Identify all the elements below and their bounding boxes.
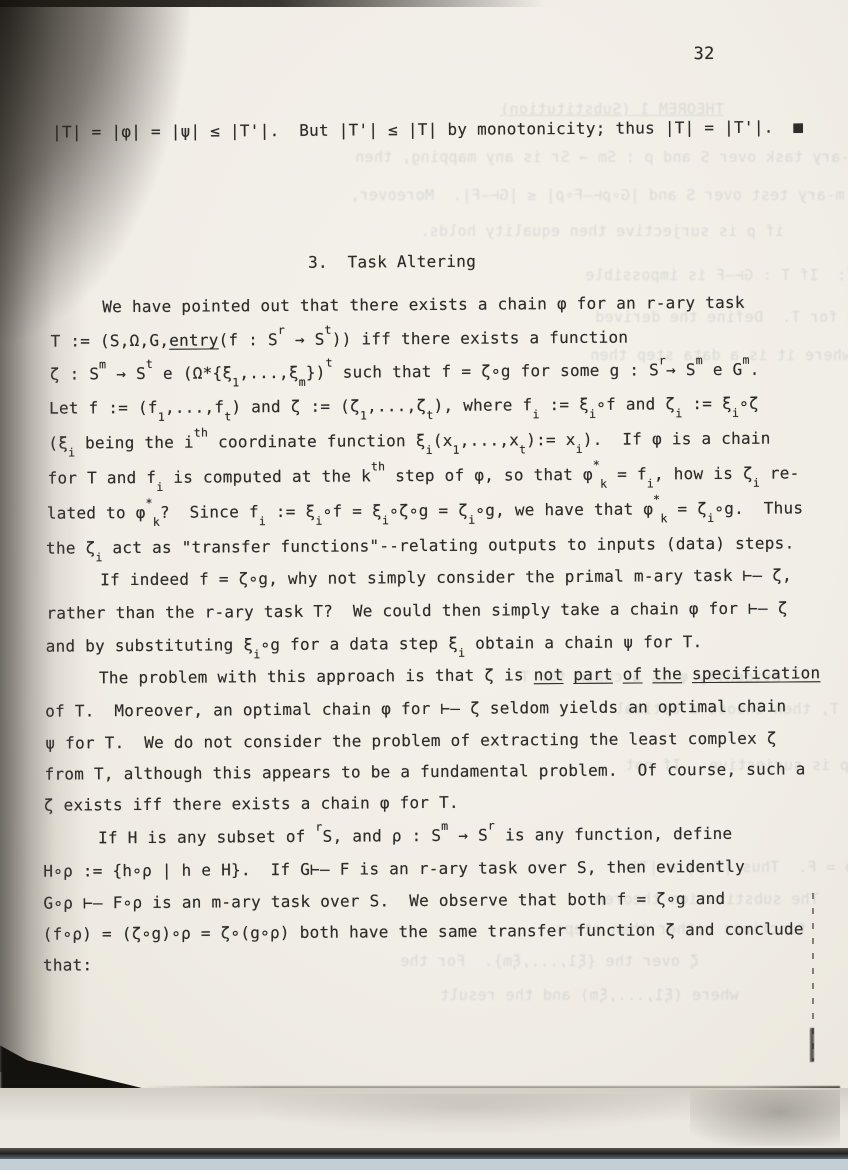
scan-bottom-dark-band	[0, 1148, 848, 1159]
text-line: We have pointed out that there exists a …	[102, 293, 745, 316]
text-line: the ζi act as "transfer functions"--rela…	[46, 533, 795, 557]
text-line: If indeed f = ζ∘g, why not simply consid…	[100, 565, 792, 589]
text-line: Let f := (f1,...,ft) and ζ := (ζ1,...,ζt…	[49, 394, 759, 418]
text-line: for T and fi is computed at the kth step…	[47, 463, 799, 487]
scan-corner-shadow	[0, 0, 190, 340]
section-heading: 3. Task Altering	[308, 252, 476, 272]
page-number: 32	[694, 44, 715, 64]
text-line: ζ : Sm → St e (Ω*{ξ1,...,ξm})t such that…	[50, 360, 760, 384]
text-line: The problem with this approach is that ζ…	[99, 663, 821, 687]
text-line: G∘ρ ⊢— F∘ρ is an m-ary task over S. We o…	[43, 889, 725, 913]
text-line: (f∘ρ) = (ζ∘g)∘ρ = ζ∘(g∘ρ) both have the …	[43, 919, 804, 943]
page-crease-mark	[810, 1028, 814, 1062]
scanned-page: THEOREM 1 (Substitution) If G⊢—F is an r…	[0, 0, 848, 1088]
scan-smudge	[690, 1090, 840, 1146]
text-line: ζ exists iff there exists a chain φ for …	[44, 793, 459, 815]
text-line: H∘ρ := {h∘ρ | h e H}. If G⊢— F is an r-a…	[43, 857, 745, 881]
text-line: and by substituting ξi∘g for a data step…	[46, 632, 703, 656]
text-line: lated to φ*k? Since fi := ξi∘f = ξi∘ζ∘g …	[47, 498, 804, 522]
text-line: ψ for T. We do not consider the problem …	[45, 729, 776, 753]
text-line: from T, although this appears to be a fu…	[45, 759, 806, 783]
text-line: rather than the r-ary task T? We could t…	[46, 598, 787, 622]
text-line: (ξi being the ith coordinate function ξi…	[48, 429, 770, 453]
text-line: If H is any subset of rS, and ρ : Sm → S…	[98, 824, 732, 847]
text-line: of T. Moreover, an optimal chain φ for ⊢…	[45, 696, 786, 720]
scan-smudge	[260, 1094, 680, 1134]
